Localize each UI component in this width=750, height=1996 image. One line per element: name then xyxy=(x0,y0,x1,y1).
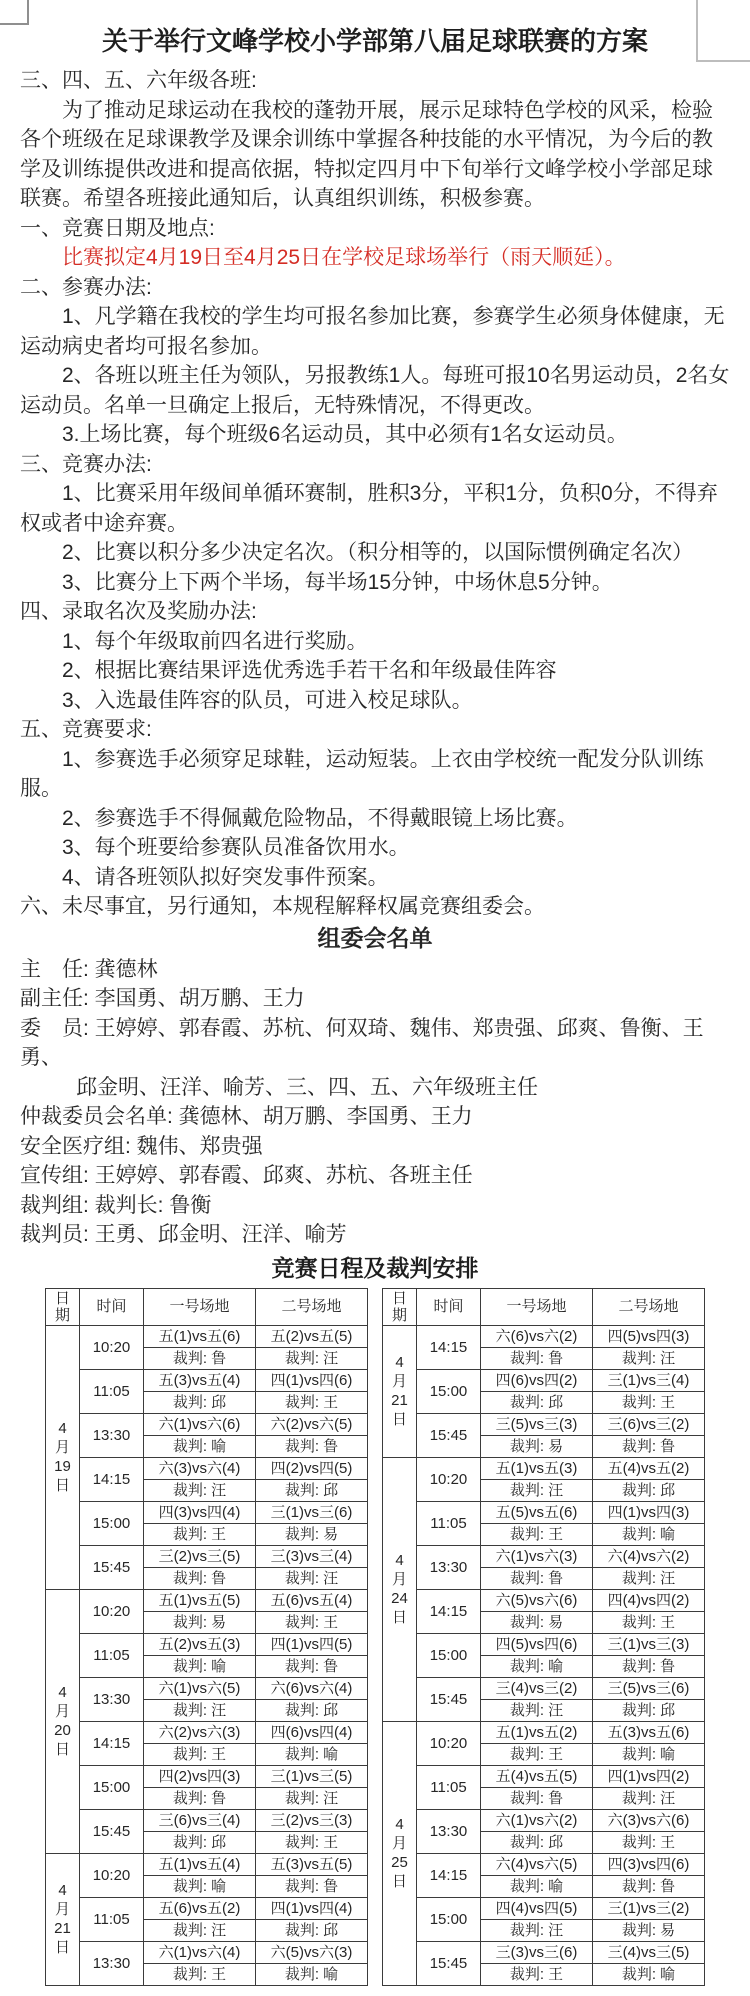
match-cell: 三(1)vs三(3) xyxy=(593,1633,705,1655)
match-cell: 六(5)vs六(3) xyxy=(256,1941,368,1963)
time-cell: 15:45 xyxy=(80,1809,144,1853)
referee-cell: 裁判: 易 xyxy=(481,1611,593,1633)
referee-cell: 裁判: 王 xyxy=(593,1831,705,1853)
match-cell: 五(1)vs五(5) xyxy=(144,1589,256,1611)
page-title: 关于举行文峰学校小学部第八届足球联赛的方案 xyxy=(20,22,730,60)
referee-cell: 裁判: 邱 xyxy=(256,1479,368,1501)
doc-line: 2、比赛以积分多少决定名次。（积分相等的，以国际惯例确定名次） xyxy=(20,538,730,568)
referee-cell: 裁判: 喻 xyxy=(593,1963,705,1985)
doc-line: 主 任: 龚德林 xyxy=(20,955,730,985)
time-cell: 13:30 xyxy=(417,1809,481,1853)
referee-cell: 裁判: 鲁 xyxy=(144,1787,256,1809)
referee-cell: 裁判: 王 xyxy=(481,1743,593,1765)
referee-cell: 裁判: 汪 xyxy=(481,1919,593,1941)
referee-cell: 裁判: 汪 xyxy=(144,1919,256,1941)
referee-cell: 裁判: 鲁 xyxy=(256,1875,368,1897)
match-cell: 五(4)vs五(5) xyxy=(481,1765,593,1787)
time-cell: 13:30 xyxy=(80,1941,144,1985)
match-cell: 三(1)vs三(5) xyxy=(256,1765,368,1787)
header-cell: 日 期 xyxy=(46,1288,80,1325)
match-cell: 六(1)vs六(3) xyxy=(481,1545,593,1567)
referee-cell: 裁判: 鲁 xyxy=(593,1875,705,1897)
referee-cell: 裁判: 邱 xyxy=(481,1391,593,1413)
referee-cell: 裁判: 易 xyxy=(593,1919,705,1941)
time-cell: 15:00 xyxy=(417,1897,481,1941)
match-cell: 四(4)vs四(2) xyxy=(593,1589,705,1611)
header-cell: 二号场地 xyxy=(256,1288,368,1325)
match-cell: 三(5)vs三(6) xyxy=(593,1677,705,1699)
match-cell: 五(1)vs五(2) xyxy=(481,1721,593,1743)
referee-cell: 裁判: 王 xyxy=(144,1523,256,1545)
time-cell: 15:00 xyxy=(80,1501,144,1545)
referee-cell: 裁判: 鲁 xyxy=(481,1787,593,1809)
match-cell: 四(1)vs四(2) xyxy=(593,1765,705,1787)
time-cell: 15:45 xyxy=(417,1413,481,1457)
referee-cell: 裁判: 喻 xyxy=(144,1435,256,1457)
match-cell: 四(6)vs四(2) xyxy=(481,1369,593,1391)
referee-cell: 裁判: 汪 xyxy=(593,1567,705,1589)
match-cell: 三(5)vs三(3) xyxy=(481,1413,593,1435)
time-cell: 11:05 xyxy=(80,1369,144,1413)
date-cell: 4 月 20 日 xyxy=(46,1589,80,1853)
time-cell: 14:15 xyxy=(417,1589,481,1633)
match-cell: 四(1)vs四(6) xyxy=(256,1369,368,1391)
referee-cell: 裁判: 喻 xyxy=(144,1875,256,1897)
referee-cell: 裁判: 汪 xyxy=(481,1699,593,1721)
schedule-table: 日 期时间一号场地二号场地4 月 21 日14:15六(6)vs六(2)四(5)… xyxy=(382,1288,705,1986)
doc-line: 四、录取名次及奖励办法: xyxy=(20,597,730,627)
referee-cell: 裁判: 王 xyxy=(593,1391,705,1413)
match-cell: 六(1)vs六(4) xyxy=(144,1941,256,1963)
match-cell: 三(3)vs三(4) xyxy=(256,1545,368,1567)
match-cell: 三(2)vs三(5) xyxy=(144,1545,256,1567)
match-cell: 六(1)vs六(5) xyxy=(144,1677,256,1699)
header-cell: 一号场地 xyxy=(144,1288,256,1325)
match-cell: 三(2)vs三(3) xyxy=(256,1809,368,1831)
match-cell: 四(3)vs四(4) xyxy=(144,1501,256,1523)
match-cell: 六(2)vs六(3) xyxy=(144,1721,256,1743)
match-cell: 五(1)vs五(6) xyxy=(144,1325,256,1347)
match-cell: 五(3)vs五(6) xyxy=(593,1721,705,1743)
match-cell: 五(1)vs五(4) xyxy=(144,1853,256,1875)
referee-cell: 裁判: 邱 xyxy=(593,1479,705,1501)
time-cell: 15:45 xyxy=(80,1545,144,1589)
time-cell: 15:45 xyxy=(417,1677,481,1721)
doc-line: 五、竞赛要求: xyxy=(20,715,730,745)
time-cell: 14:15 xyxy=(417,1325,481,1369)
match-cell: 五(6)vs五(2) xyxy=(144,1897,256,1919)
referee-cell: 裁判: 邱 xyxy=(481,1831,593,1853)
referee-cell: 裁判: 喻 xyxy=(593,1523,705,1545)
referee-cell: 裁判: 王 xyxy=(144,1743,256,1765)
doc-line: 三、四、五、六年级各班: xyxy=(20,66,730,96)
doc-line: 三、竞赛办法: xyxy=(20,450,730,480)
time-cell: 15:45 xyxy=(417,1941,481,1985)
referee-cell: 裁判: 鲁 xyxy=(256,1655,368,1677)
referee-cell: 裁判: 鲁 xyxy=(144,1567,256,1589)
doc-line: 副主任: 李国勇、胡万鹏、王力 xyxy=(20,984,730,1014)
match-cell: 四(6)vs四(4) xyxy=(256,1721,368,1743)
referee-cell: 裁判: 王 xyxy=(144,1963,256,1985)
match-cell: 四(2)vs四(5) xyxy=(256,1457,368,1479)
doc-line: 仲裁委员会名单: 龚德林、胡万鹏、李国勇、王力 xyxy=(20,1102,730,1132)
time-cell: 13:30 xyxy=(80,1413,144,1457)
page-corner-mark-left xyxy=(0,0,29,25)
referee-cell: 裁判: 喻 xyxy=(481,1875,593,1897)
time-cell: 11:05 xyxy=(80,1633,144,1677)
referee-cell: 裁判: 王 xyxy=(481,1963,593,1985)
schedule-heading: 竞赛日程及裁判安排 xyxy=(20,1252,730,1284)
referee-cell: 裁判: 王 xyxy=(256,1391,368,1413)
date-cell: 4 月 25 日 xyxy=(383,1721,417,1985)
doc-line: 3、每个班要给参赛队员准备饮用水。 xyxy=(20,833,730,863)
match-cell: 五(3)vs五(5) xyxy=(256,1853,368,1875)
document-body: 三、四、五、六年级各班:为了推动足球运动在我校的蓬勃开展，展示足球特色学校的风采… xyxy=(0,66,750,1250)
referee-cell: 裁判: 鲁 xyxy=(593,1435,705,1457)
referee-cell: 裁判: 鲁 xyxy=(144,1347,256,1369)
referee-cell: 裁判: 鲁 xyxy=(256,1435,368,1457)
referee-cell: 裁判: 王 xyxy=(593,1611,705,1633)
doc-line: 委 员: 王婷婷、郭春霞、苏杭、何双琦、魏伟、郑贵强、邱爽、鲁衡、王勇、 xyxy=(20,1014,730,1073)
match-cell: 六(6)vs六(4) xyxy=(256,1677,368,1699)
match-cell: 四(1)vs四(4) xyxy=(256,1897,368,1919)
match-cell: 三(1)vs三(2) xyxy=(593,1897,705,1919)
referee-cell: 裁判: 易 xyxy=(481,1435,593,1457)
section-heading: 组委会名单 xyxy=(20,922,730,955)
referee-cell: 裁判: 鲁 xyxy=(481,1567,593,1589)
referee-cell: 裁判: 易 xyxy=(256,1523,368,1545)
time-cell: 13:30 xyxy=(80,1677,144,1721)
date-cell: 4 月 24 日 xyxy=(383,1457,417,1721)
match-cell: 四(1)vs四(5) xyxy=(256,1633,368,1655)
match-cell: 六(3)vs六(6) xyxy=(593,1809,705,1831)
match-cell: 四(2)vs四(3) xyxy=(144,1765,256,1787)
match-cell: 六(3)vs六(4) xyxy=(144,1457,256,1479)
referee-cell: 裁判: 邱 xyxy=(593,1699,705,1721)
match-cell: 四(3)vs四(6) xyxy=(593,1853,705,1875)
match-cell: 六(2)vs六(5) xyxy=(256,1413,368,1435)
match-cell: 六(4)vs六(2) xyxy=(593,1545,705,1567)
time-cell: 13:30 xyxy=(417,1545,481,1589)
referee-cell: 裁判: 汪 xyxy=(481,1479,593,1501)
schedule-table: 日 期时间一号场地二号场地4 月 19 日10:20五(1)vs五(6)五(2)… xyxy=(45,1288,368,1986)
doc-line: 1、比赛采用年级间单循环赛制，胜积3分，平积1分，负积0分，不得弃权或者中途弃赛… xyxy=(20,479,730,538)
match-cell: 五(2)vs五(5) xyxy=(256,1325,368,1347)
time-cell: 10:20 xyxy=(417,1457,481,1501)
match-cell: 六(4)vs六(5) xyxy=(481,1853,593,1875)
referee-cell: 裁判: 王 xyxy=(481,1523,593,1545)
referee-cell: 裁判: 鲁 xyxy=(593,1655,705,1677)
match-cell: 五(3)vs五(4) xyxy=(144,1369,256,1391)
header-cell: 一号场地 xyxy=(481,1288,593,1325)
time-cell: 14:15 xyxy=(80,1457,144,1501)
match-cell: 三(4)vs三(5) xyxy=(593,1941,705,1963)
doc-line: 比赛拟定4月19日至4月25日在学校足球场举行（雨天顺延）。 xyxy=(20,243,730,273)
time-cell: 14:15 xyxy=(80,1721,144,1765)
time-cell: 10:20 xyxy=(80,1589,144,1633)
doc-line: 安全医疗组: 魏伟、郑贵强 xyxy=(20,1132,730,1162)
schedule-tables: 日 期时间一号场地二号场地4 月 19 日10:20五(1)vs五(6)五(2)… xyxy=(0,1288,750,1986)
time-cell: 15:00 xyxy=(417,1369,481,1413)
match-cell: 六(1)vs六(2) xyxy=(481,1809,593,1831)
match-cell: 五(5)vs五(6) xyxy=(481,1501,593,1523)
time-cell: 10:20 xyxy=(80,1853,144,1897)
doc-line: 3.上场比赛，每个班级6名运动员，其中必须有1名女运动员。 xyxy=(20,420,730,450)
match-cell: 四(5)vs四(6) xyxy=(481,1633,593,1655)
match-cell: 六(5)vs六(6) xyxy=(481,1589,593,1611)
doc-line: 1、凡学籍在我校的学生均可报名参加比赛，参赛学生必须身体健康，无运动病史者均可报… xyxy=(20,302,730,361)
match-cell: 三(1)vs三(6) xyxy=(256,1501,368,1523)
date-cell: 4 月 21 日 xyxy=(383,1325,417,1457)
match-cell: 三(3)vs三(6) xyxy=(481,1941,593,1963)
doc-line: 裁判员: 王勇、邱金明、汪洋、喻芳 xyxy=(20,1220,730,1250)
doc-line: 为了推动足球运动在我校的蓬勃开展，展示足球特色学校的风采，检验各个班级在足球课教… xyxy=(20,96,730,214)
doc-line: 六、未尽事宜，另行通知，本规程解释权属竞赛组委会。 xyxy=(20,892,730,922)
referee-cell: 裁判: 易 xyxy=(144,1611,256,1633)
referee-cell: 裁判: 喻 xyxy=(593,1743,705,1765)
referee-cell: 裁判: 喻 xyxy=(256,1743,368,1765)
header-cell: 二号场地 xyxy=(593,1288,705,1325)
doc-line: 2、各班以班主任为领队，另报教练1人。每班可报10名男运动员，2名女运动员。名单… xyxy=(20,361,730,420)
referee-cell: 裁判: 喻 xyxy=(144,1655,256,1677)
doc-line: 邱金明、汪洋、喻芳、三、四、五、六年级班主任 xyxy=(20,1073,730,1103)
doc-line: 2、根据比赛结果评选优秀选手若干名和年级最佳阵容 xyxy=(20,656,730,686)
match-cell: 四(5)vs四(3) xyxy=(593,1325,705,1347)
date-cell: 4 月 19 日 xyxy=(46,1325,80,1589)
time-cell: 14:15 xyxy=(417,1853,481,1897)
doc-line: 裁判组: 裁判长: 鲁衡 xyxy=(20,1191,730,1221)
doc-line: 1、参赛选手必须穿足球鞋，运动短装。上衣由学校统一配发分队训练服。 xyxy=(20,745,730,804)
doc-line: 宣传组: 王婷婷、郭春霞、邱爽、苏杭、各班主任 xyxy=(20,1161,730,1191)
match-cell: 四(1)vs四(3) xyxy=(593,1501,705,1523)
doc-line: 2、参赛选手不得佩戴危险物品，不得戴眼镜上场比赛。 xyxy=(20,804,730,834)
match-cell: 五(4)vs五(2) xyxy=(593,1457,705,1479)
header-cell: 时间 xyxy=(417,1288,481,1325)
header-cell: 时间 xyxy=(80,1288,144,1325)
referee-cell: 裁判: 邱 xyxy=(256,1919,368,1941)
doc-line: 一、竞赛日期及地点: xyxy=(20,214,730,244)
match-cell: 五(6)vs五(4) xyxy=(256,1589,368,1611)
match-cell: 三(4)vs三(2) xyxy=(481,1677,593,1699)
referee-cell: 裁判: 邱 xyxy=(144,1391,256,1413)
doc-line: 二、参赛办法: xyxy=(20,273,730,303)
match-cell: 三(6)vs三(4) xyxy=(144,1809,256,1831)
match-cell: 六(1)vs六(6) xyxy=(144,1413,256,1435)
doc-line: 4、请各班领队拟好突发事件预案。 xyxy=(20,863,730,893)
referee-cell: 裁判: 汪 xyxy=(144,1699,256,1721)
match-cell: 四(4)vs四(5) xyxy=(481,1897,593,1919)
match-cell: 五(1)vs五(3) xyxy=(481,1457,593,1479)
referee-cell: 裁判: 喻 xyxy=(256,1963,368,1985)
time-cell: 15:00 xyxy=(80,1765,144,1809)
referee-cell: 裁判: 邱 xyxy=(144,1831,256,1853)
referee-cell: 裁判: 汪 xyxy=(593,1347,705,1369)
header-cell: 日 期 xyxy=(383,1288,417,1325)
doc-line: 3、入选最佳阵容的队员，可进入校足球队。 xyxy=(20,686,730,716)
time-cell: 15:00 xyxy=(417,1633,481,1677)
referee-cell: 裁判: 鲁 xyxy=(481,1347,593,1369)
match-cell: 三(6)vs三(2) xyxy=(593,1413,705,1435)
time-cell: 11:05 xyxy=(417,1765,481,1809)
match-cell: 五(2)vs五(3) xyxy=(144,1633,256,1655)
referee-cell: 裁判: 王 xyxy=(256,1611,368,1633)
referee-cell: 裁判: 汪 xyxy=(593,1787,705,1809)
time-cell: 11:05 xyxy=(80,1897,144,1941)
referee-cell: 裁判: 汪 xyxy=(256,1787,368,1809)
doc-line: 1、每个年级取前四名进行奖励。 xyxy=(20,627,730,657)
match-cell: 六(6)vs六(2) xyxy=(481,1325,593,1347)
time-cell: 10:20 xyxy=(417,1721,481,1765)
referee-cell: 裁判: 王 xyxy=(256,1831,368,1853)
referee-cell: 裁判: 喻 xyxy=(481,1655,593,1677)
referee-cell: 裁判: 汪 xyxy=(144,1479,256,1501)
referee-cell: 裁判: 汪 xyxy=(256,1567,368,1589)
referee-cell: 裁判: 汪 xyxy=(256,1347,368,1369)
doc-line: 3、比赛分上下两个半场，每半场15分钟，中场休息5分钟。 xyxy=(20,568,730,598)
page-corner-mark-right xyxy=(696,0,750,62)
match-cell: 三(1)vs三(4) xyxy=(593,1369,705,1391)
time-cell: 10:20 xyxy=(80,1325,144,1369)
referee-cell: 裁判: 邱 xyxy=(256,1699,368,1721)
time-cell: 11:05 xyxy=(417,1501,481,1545)
date-cell: 4 月 21 日 xyxy=(46,1853,80,1985)
